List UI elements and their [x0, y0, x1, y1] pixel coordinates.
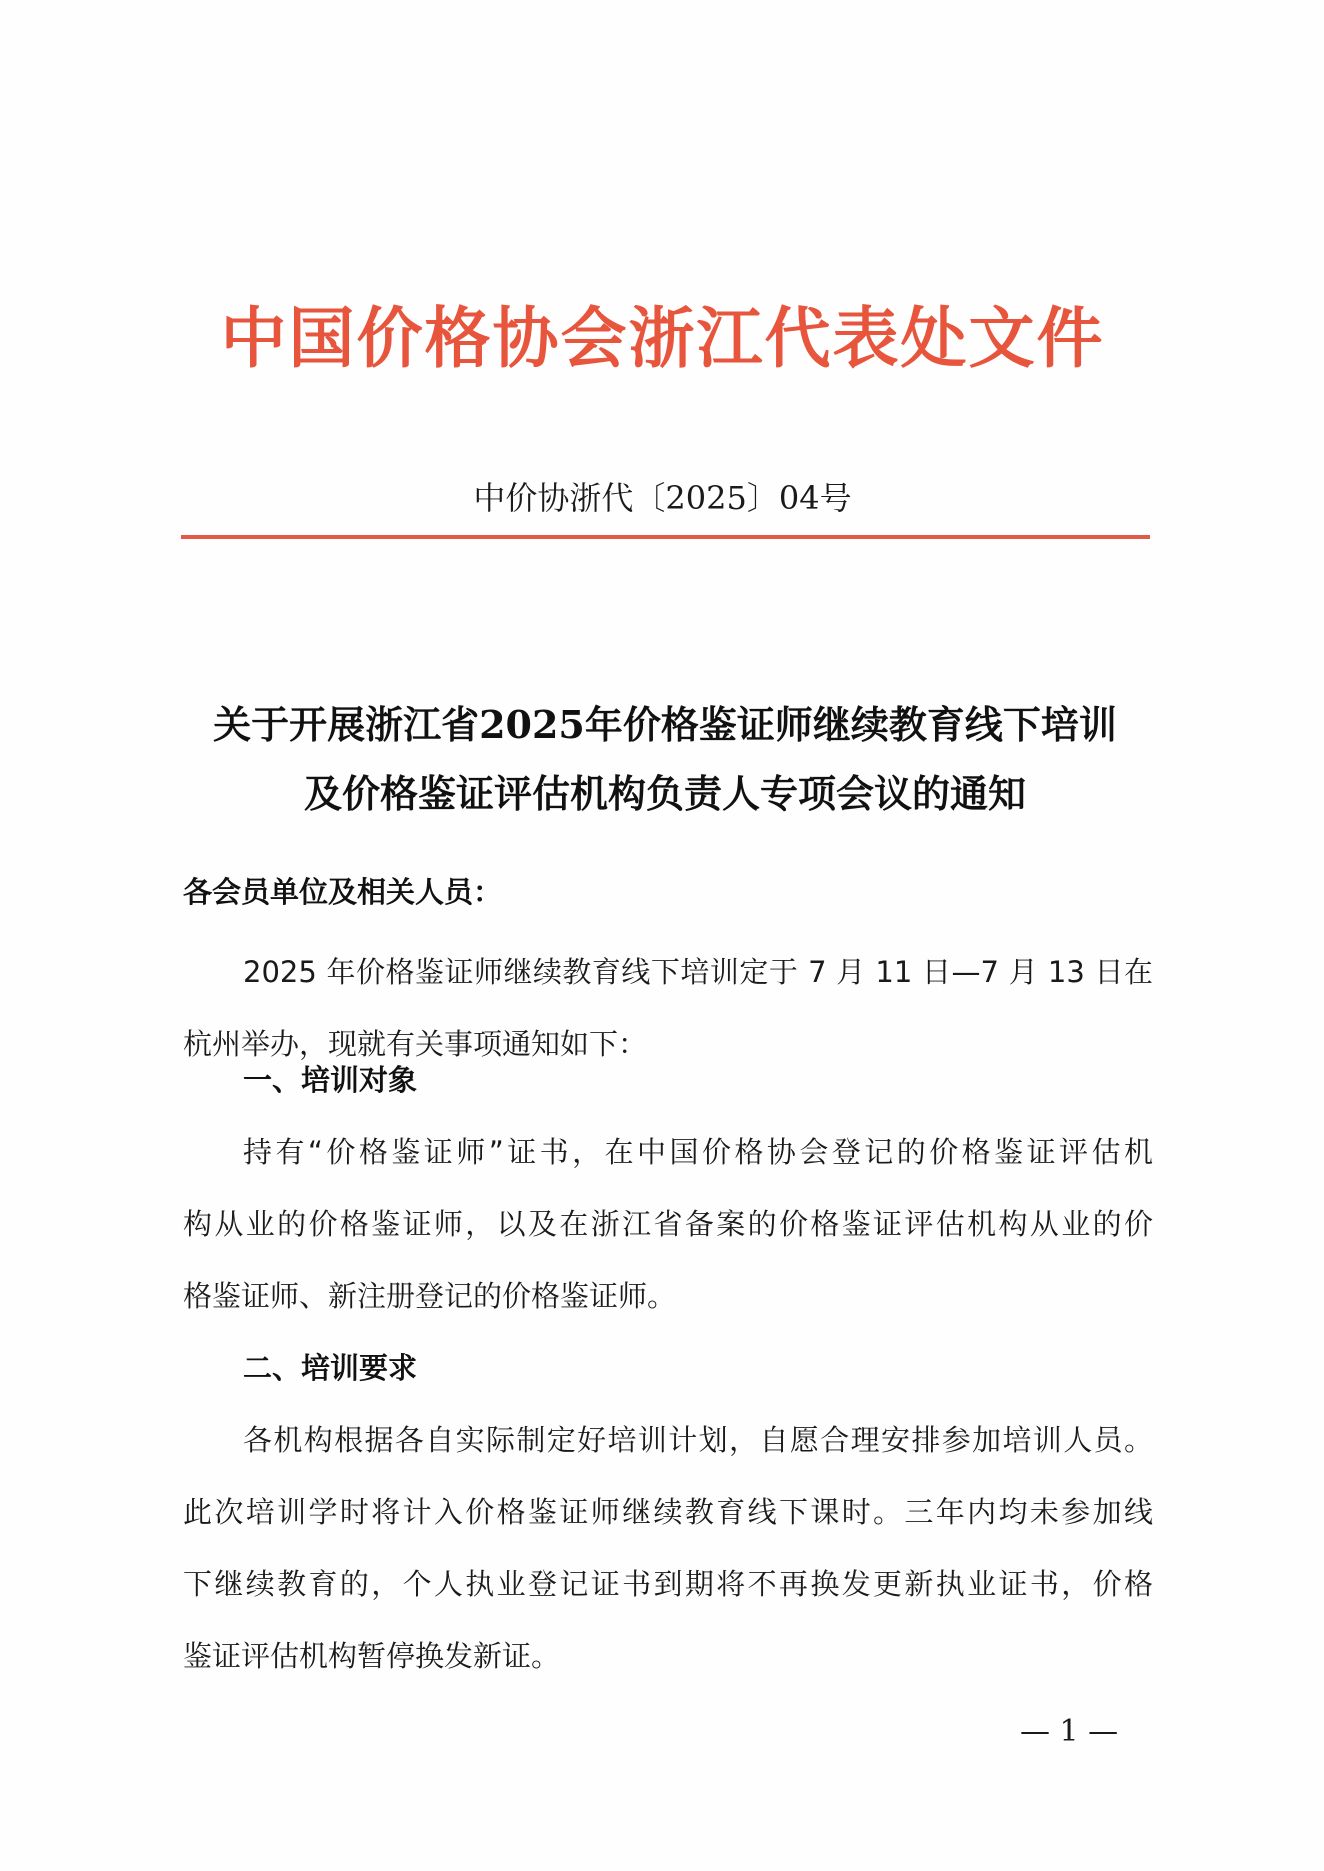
salutation: 各会员单位及相关人员： — [183, 870, 502, 914]
page-number: — 1 — — [1020, 1712, 1118, 1752]
paragraph-line: 各机构根据各自实际制定好培训计划，自愿合理安排参加培训人员。 — [183, 1404, 1153, 1476]
document-page: 中国价格协会浙江代表处文件 中价协浙代〔2025〕04号 关于开展浙江省2025… — [0, 0, 1324, 1871]
paragraph-line: 此次培训学时将计入价格鉴证师继续教育线下课时。三年内均未参加线 — [183, 1476, 1153, 1548]
paragraph-line: 下继续教育的，个人执业登记证书到期将不再换发更新执业证书，价格 — [183, 1548, 1153, 1620]
notice-title-line: 及价格鉴证评估机构负责人专项会议的通知 — [150, 759, 1180, 828]
notice-title-line: 关于开展浙江省2025年价格鉴证师继续教育线下培训 — [150, 690, 1180, 759]
red-divider-rule — [181, 535, 1150, 539]
notice-title: 关于开展浙江省2025年价格鉴证师继续教育线下培训 及价格鉴证评估机构负责人专项… — [150, 690, 1180, 828]
section-paragraph-training-targets: 持有“价格鉴证师”证书，在中国价格协会登记的价格鉴证评估机 构从业的价格鉴证师，… — [183, 1116, 1153, 1332]
section-heading-training-requirements: 二、培训要求 — [243, 1346, 417, 1390]
paragraph-line: 鉴证评估机构暂停换发新证。 — [183, 1620, 1153, 1692]
document-number: 中价协浙代〔2025〕04号 — [180, 476, 1145, 520]
section-heading-training-targets: 一、培训对象 — [243, 1058, 417, 1102]
paragraph-line: 构从业的价格鉴证师，以及在浙江省备案的价格鉴证评估机构从业的价 — [183, 1188, 1153, 1260]
masthead-title: 中国价格协会浙江代表处文件 — [180, 296, 1145, 380]
paragraph-line: 持有“价格鉴证师”证书，在中国价格协会登记的价格鉴证评估机 — [183, 1116, 1153, 1188]
section-paragraph-training-requirements: 各机构根据各自实际制定好培训计划，自愿合理安排参加培训人员。 此次培训学时将计入… — [183, 1404, 1153, 1692]
paragraph-line: 格鉴证师、新注册登记的价格鉴证师。 — [183, 1260, 1153, 1332]
paragraph-line: 2025 年价格鉴证师继续教育线下培训定于 7 月 11 日—7 月 13 日在 — [183, 936, 1153, 1008]
